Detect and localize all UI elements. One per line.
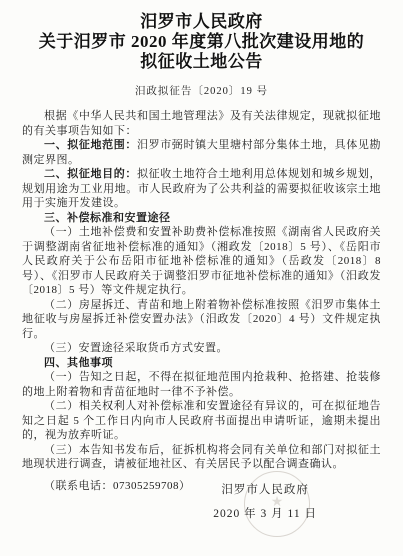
section-heading: 二、拟征地目的： [44,168,137,180]
paragraph-text: （三）本告知书发布后，征拆机构将会同有关单位和部门对拟征土地现状进行调查，请被征… [22,444,381,471]
document-title: 汨罗市人民政府 关于汨罗市 2020 年度第八批次建设用地的 拟征收土地公告 [22,12,381,72]
signature-block: 汨罗市人民政府 2020 年 3 月 11 日 [213,478,317,526]
issue-date: 2020 年 3 月 11 日 [213,502,317,526]
document-title-line-3: 拟征收土地公告 [22,52,381,72]
paragraph-text: （三）安置途径采取货币方式安置。 [44,342,228,354]
paragraph-text: 根据《中华人民共和国土地管理法》及有关法律规定，现就拟征地的有关事项告知如下： [22,110,381,137]
document-number: 汨政拟征告〔2020〕19 号 [22,83,381,98]
section-heading: 三、补偿标准和安置途径 [44,212,171,224]
body-paragraph: 根据《中华人民共和国土地管理法》及有关法律规定，现就拟征地的有关事项告知如下： [22,109,381,138]
section-heading: 一、拟征地范围： [44,139,137,151]
body-paragraph: 二、拟征地目的：拟征收土地符合土地利用总体规划和城乡规划，规划用途为工业用地。市… [22,167,381,211]
document-title-line-2: 关于汨罗市 2020 年度第八批次建设用地的 [22,32,381,52]
body-paragraph: 三、补偿标准和安置途径 [22,211,381,226]
body-paragraph: （一）告知之日起，不得在拟征地范围内抢栽种、抢搭建、抢装修的地上附着物和青苗征地… [22,370,381,399]
paragraph-text: （一）土地补偿费和安置补助费补偿标准按照《湖南省人民政府关于调整湖南省征地补偿标… [22,226,381,296]
notice-document-page: 汨罗市人民政府 关于汨罗市 2020 年度第八批次建设用地的 拟征收土地公告 汨… [0,0,403,556]
body-paragraph: （一）土地补偿费和安置补助费补偿标准按照《湖南省人民政府关于调整湖南省征地补偿标… [22,225,381,298]
section-heading: 四、其他事项 [44,357,113,369]
paragraph-text: （一）告知之日起，不得在拟征地范围内抢栽种、抢搭建、抢装修的地上附着物和青苗征地… [22,371,381,398]
document-body: 根据《中华人民共和国土地管理法》及有关法律规定，现就拟征地的有关事项告知如下： … [22,109,381,493]
document-title-line-1: 汨罗市人民政府 [22,12,381,32]
paragraph-text: （二）相关权利人对补偿标准和安置途径有异议的，可在拟征地告知之日起 5 个工作日… [22,400,381,441]
body-paragraph: 一、拟征地范围：汨罗市弼时镇大里塘村部分集体土地，具体见勘测定界图。 [22,138,381,167]
body-paragraph: 四、其他事项 [22,356,381,371]
contact-phone-line: （联系电话：07305259708） [22,479,381,494]
body-paragraph: （二）相关权利人对补偿标准和安置途径有异议的，可在拟征地告知之日起 5 个工作日… [22,399,381,443]
body-paragraph: （二）房屋拆迁、青苗和地上附着物补偿标准按照《汨罗市集体土地征收与房屋拆迁补偿安… [22,298,381,342]
body-paragraph: （三）安置途径采取货币方式安置。 [22,341,381,356]
paragraph-text: （二）房屋拆迁、青苗和地上附着物补偿标准按照《汨罗市集体土地征收与房屋拆迁补偿安… [22,299,381,340]
body-paragraph: （三）本告知书发布后，征拆机构将会同有关单位和部门对拟征土地现状进行调查，请被征… [22,443,381,472]
issuer-name: 汨罗市人民政府 [213,478,317,502]
